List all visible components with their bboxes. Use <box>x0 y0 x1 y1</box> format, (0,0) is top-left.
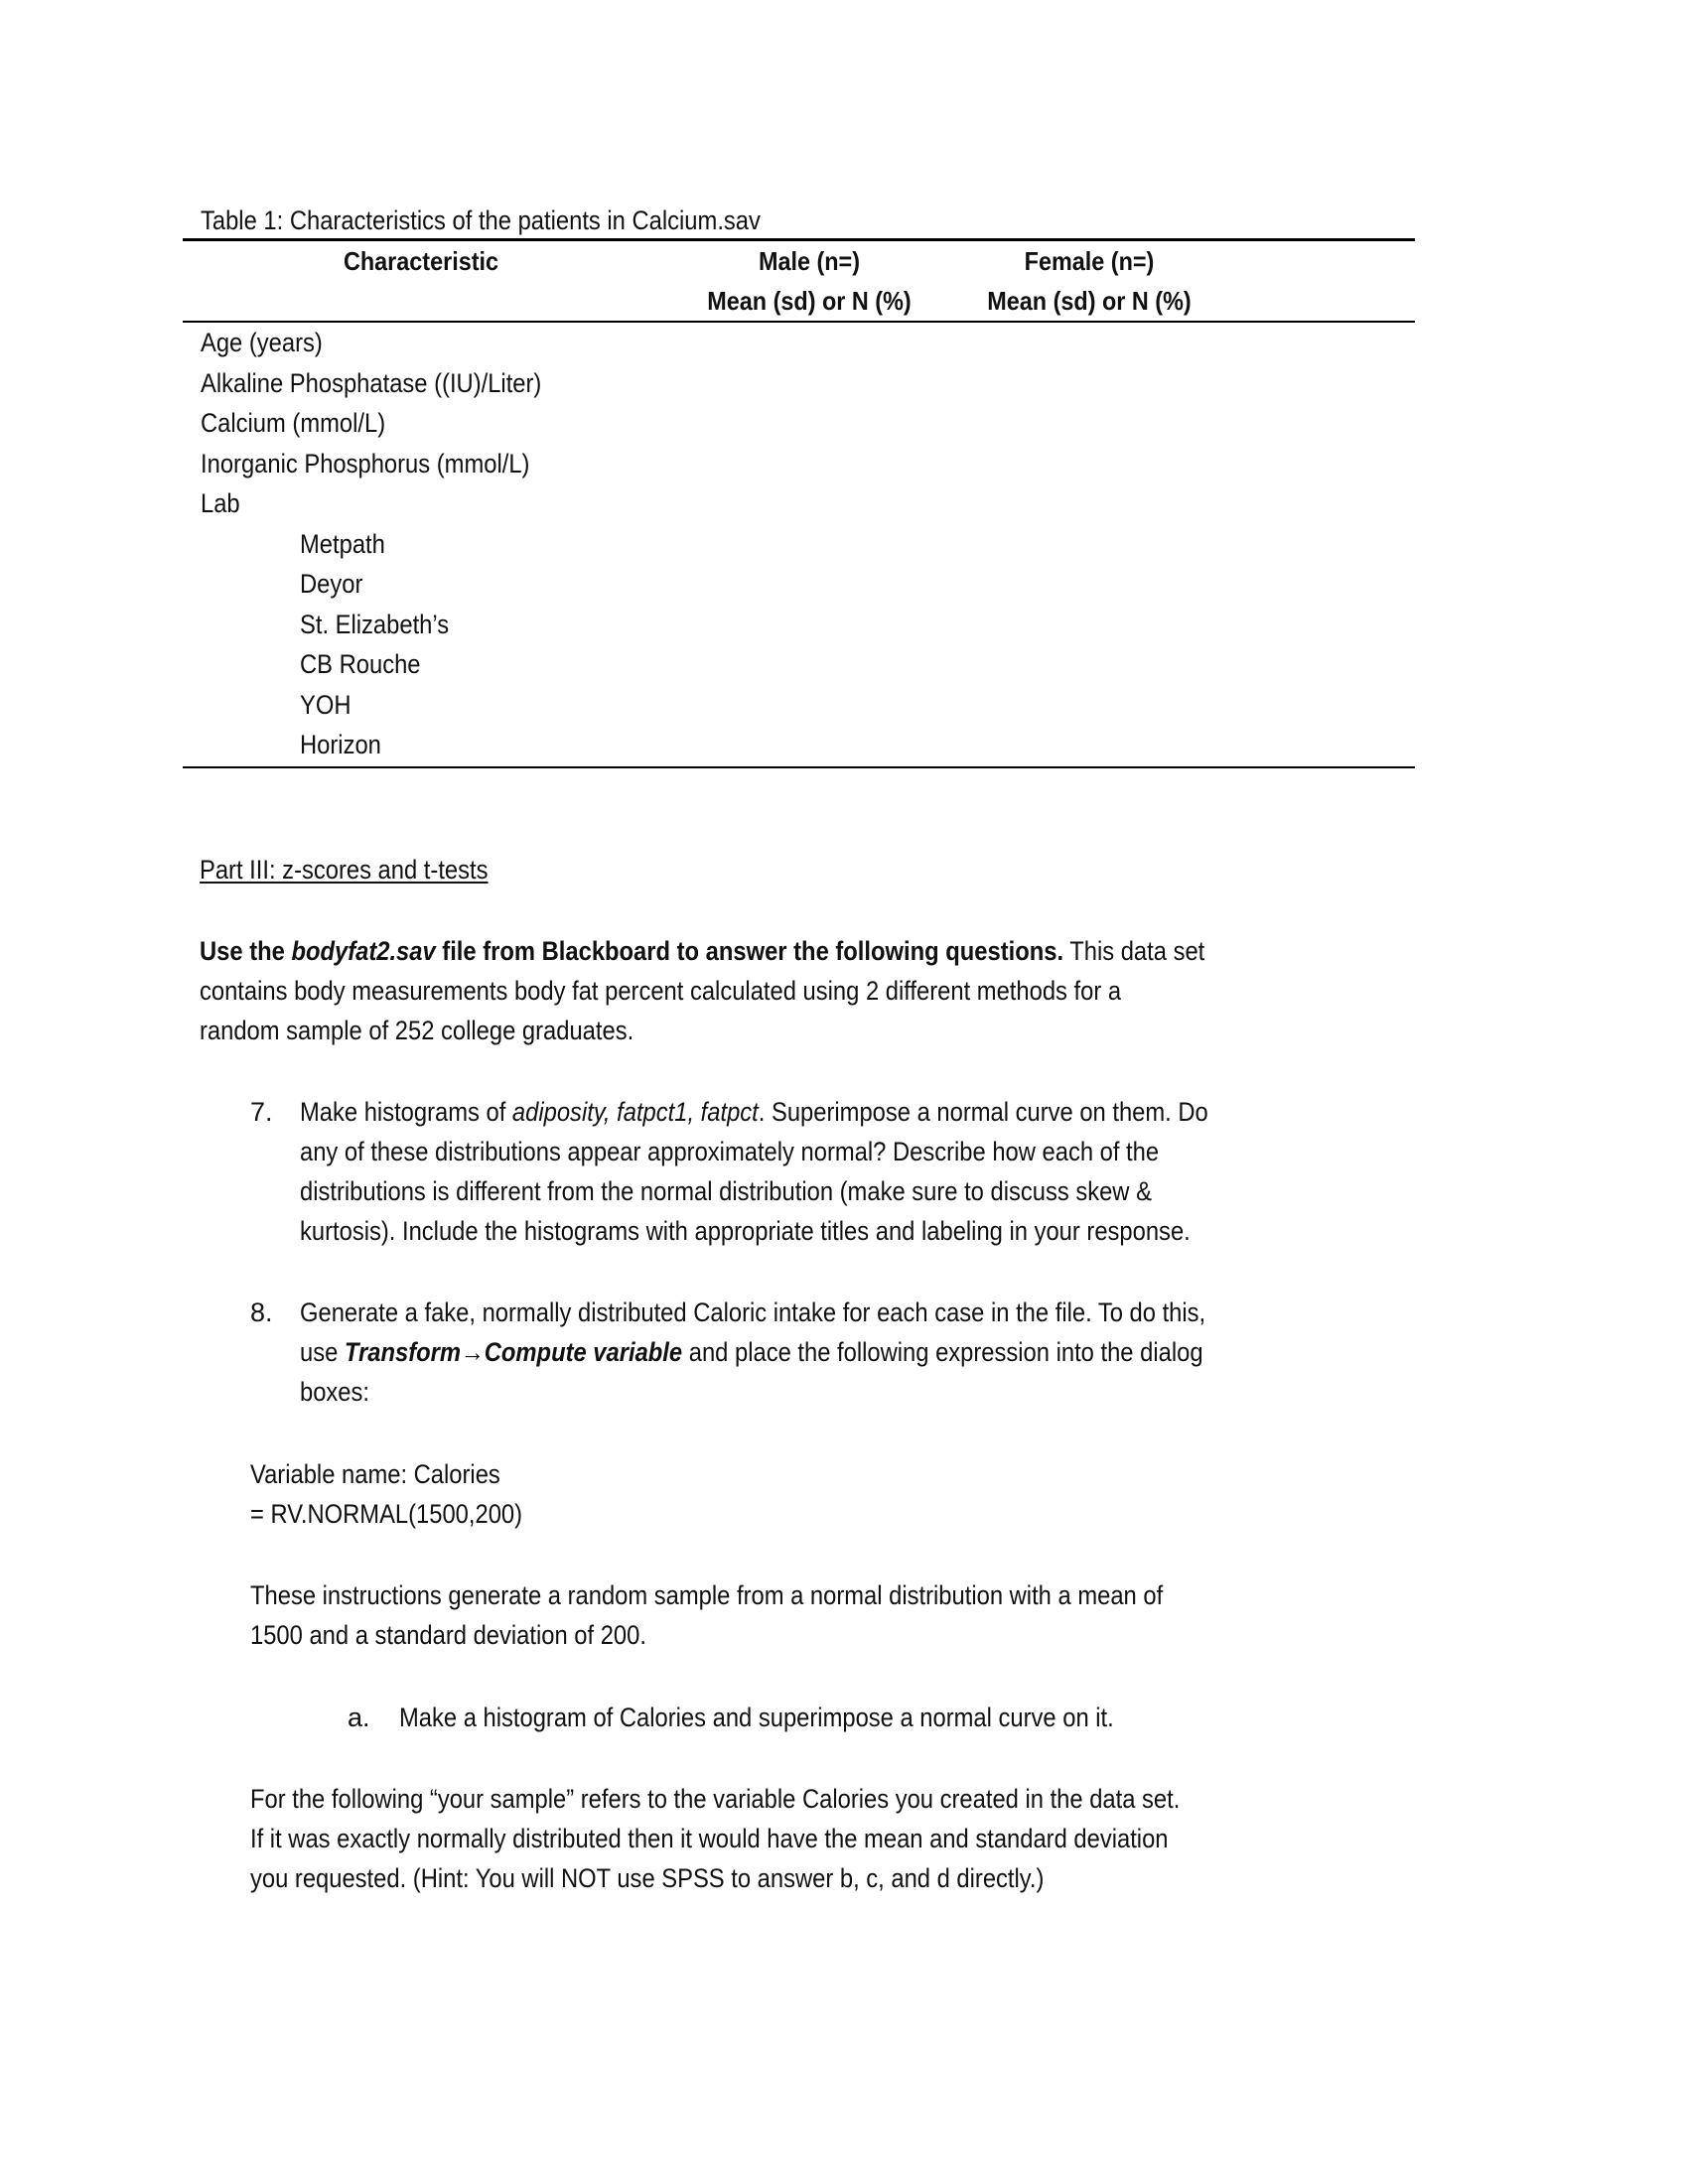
q7-line-1: Make histograms of adiposity, fatpct1, f… <box>300 1092 1208 1132</box>
header-female: Female (n=) <box>955 241 1223 281</box>
table-cell-female <box>978 725 1206 764</box>
table-cell-male <box>695 483 923 523</box>
sub-a-letter: a. <box>348 1698 370 1737</box>
q8-text-b: and place the following expression into … <box>682 1337 1202 1367</box>
q8-line-2: use Transform→Compute variable and place… <box>300 1332 1203 1372</box>
table-bottom-rule <box>183 766 1415 768</box>
intro-line-1: Use the bodyfat2.sav file from Blackboar… <box>200 931 1204 971</box>
table-row-label: Calcium (mmol/L) <box>201 403 385 443</box>
sub-a-text: Make a histogram of Calories and superim… <box>399 1698 1114 1737</box>
table-cell-female <box>978 444 1206 483</box>
table-row-label: St. Elizabeth’s <box>300 605 449 644</box>
q8-text-a: use <box>300 1337 345 1367</box>
q7-line-2: any of these distributions appear approx… <box>300 1132 1159 1171</box>
table-row-label: Inorganic Phosphorus (mmol/L) <box>201 444 529 483</box>
document-page: Table 1: Characteristics of the patients… <box>0 0 1688 2184</box>
table-cell-male <box>695 403 923 443</box>
q7-text-b: . Superimpose a normal curve on them. Do <box>759 1097 1208 1127</box>
table-cell-female <box>978 644 1206 684</box>
header-male-sub: Mean (sd) or N (%) <box>675 281 943 321</box>
header-female-sub: Mean (sd) or N (%) <box>955 281 1223 321</box>
table-cell-female <box>978 685 1206 725</box>
formula-line: = RV.NORMAL(1500,200) <box>250 1494 522 1534</box>
q8-line-3: boxes: <box>300 1372 369 1412</box>
table-cell-female <box>978 483 1206 523</box>
explanation-line-2: 1500 and a standard deviation of 200. <box>250 1615 646 1655</box>
table-cell-female <box>978 323 1206 362</box>
table-row-label: Lab <box>201 483 240 523</box>
intro-bold-suffix: file from Blackboard to answer the follo… <box>436 936 1063 966</box>
table-cell-female <box>978 524 1206 564</box>
table-row-label: YOH <box>300 685 351 725</box>
table-cell-female <box>978 605 1206 644</box>
table-row-label: Metpath <box>300 524 385 564</box>
note-line-2: If it was exactly normally distributed t… <box>250 1819 1169 1858</box>
section-heading: Part III: z-scores and t-tests <box>200 850 488 889</box>
intro-filename: bodyfat2.sav <box>291 936 435 966</box>
intro-line-3: random sample of 252 college graduates. <box>200 1011 633 1050</box>
table-cell-male <box>695 524 923 564</box>
table-cell-male <box>695 605 923 644</box>
header-characteristic: Characteristic <box>287 241 555 281</box>
table-row-label: Deyor <box>300 564 362 604</box>
table-cell-male <box>695 685 923 725</box>
q7-number: 7. <box>250 1092 273 1132</box>
q8-number: 8. <box>250 1293 273 1332</box>
table-row-label: CB Rouche <box>300 644 421 684</box>
table-row-label: Age (years) <box>201 323 323 362</box>
table-cell-female <box>978 403 1206 443</box>
intro-line-2: contains body measurements body fat perc… <box>200 971 1121 1011</box>
q7-variables: adiposity, fatpct1, fatpct <box>512 1097 759 1127</box>
q7-line-3: distributions is different from the norm… <box>300 1171 1152 1211</box>
note-line-3: you requested. (Hint: You will NOT use S… <box>250 1858 1044 1898</box>
header-male: Male (n=) <box>675 241 943 281</box>
intro-rest: This data set <box>1063 936 1204 966</box>
table-cell-male <box>695 363 923 403</box>
q8-menu-path: Transform→Compute variable <box>345 1337 682 1367</box>
variable-name-line: Variable name: Calories <box>250 1454 500 1494</box>
table-row-label: Alkaline Phosphatase ((IU)/Liter) <box>201 363 541 403</box>
intro-bold-prefix: Use the <box>200 936 291 966</box>
table-cell-male <box>695 725 923 764</box>
note-line-1: For the following “your sample” refers t… <box>250 1779 1180 1819</box>
q8-line-1: Generate a fake, normally distributed Ca… <box>300 1293 1205 1332</box>
table-cell-male <box>695 323 923 362</box>
table-caption: Table 1: Characteristics of the patients… <box>201 201 761 240</box>
q7-text-a: Make histograms of <box>300 1097 512 1127</box>
table-cell-female <box>978 564 1206 604</box>
table-cell-female <box>978 363 1206 403</box>
table-cell-male <box>695 644 923 684</box>
table-cell-male <box>695 444 923 483</box>
table-row-label: Horizon <box>300 725 381 764</box>
explanation-line-1: These instructions generate a random sam… <box>250 1575 1163 1615</box>
table-cell-male <box>695 564 923 604</box>
q7-line-4: kurtosis). Include the histograms with a… <box>300 1211 1191 1251</box>
